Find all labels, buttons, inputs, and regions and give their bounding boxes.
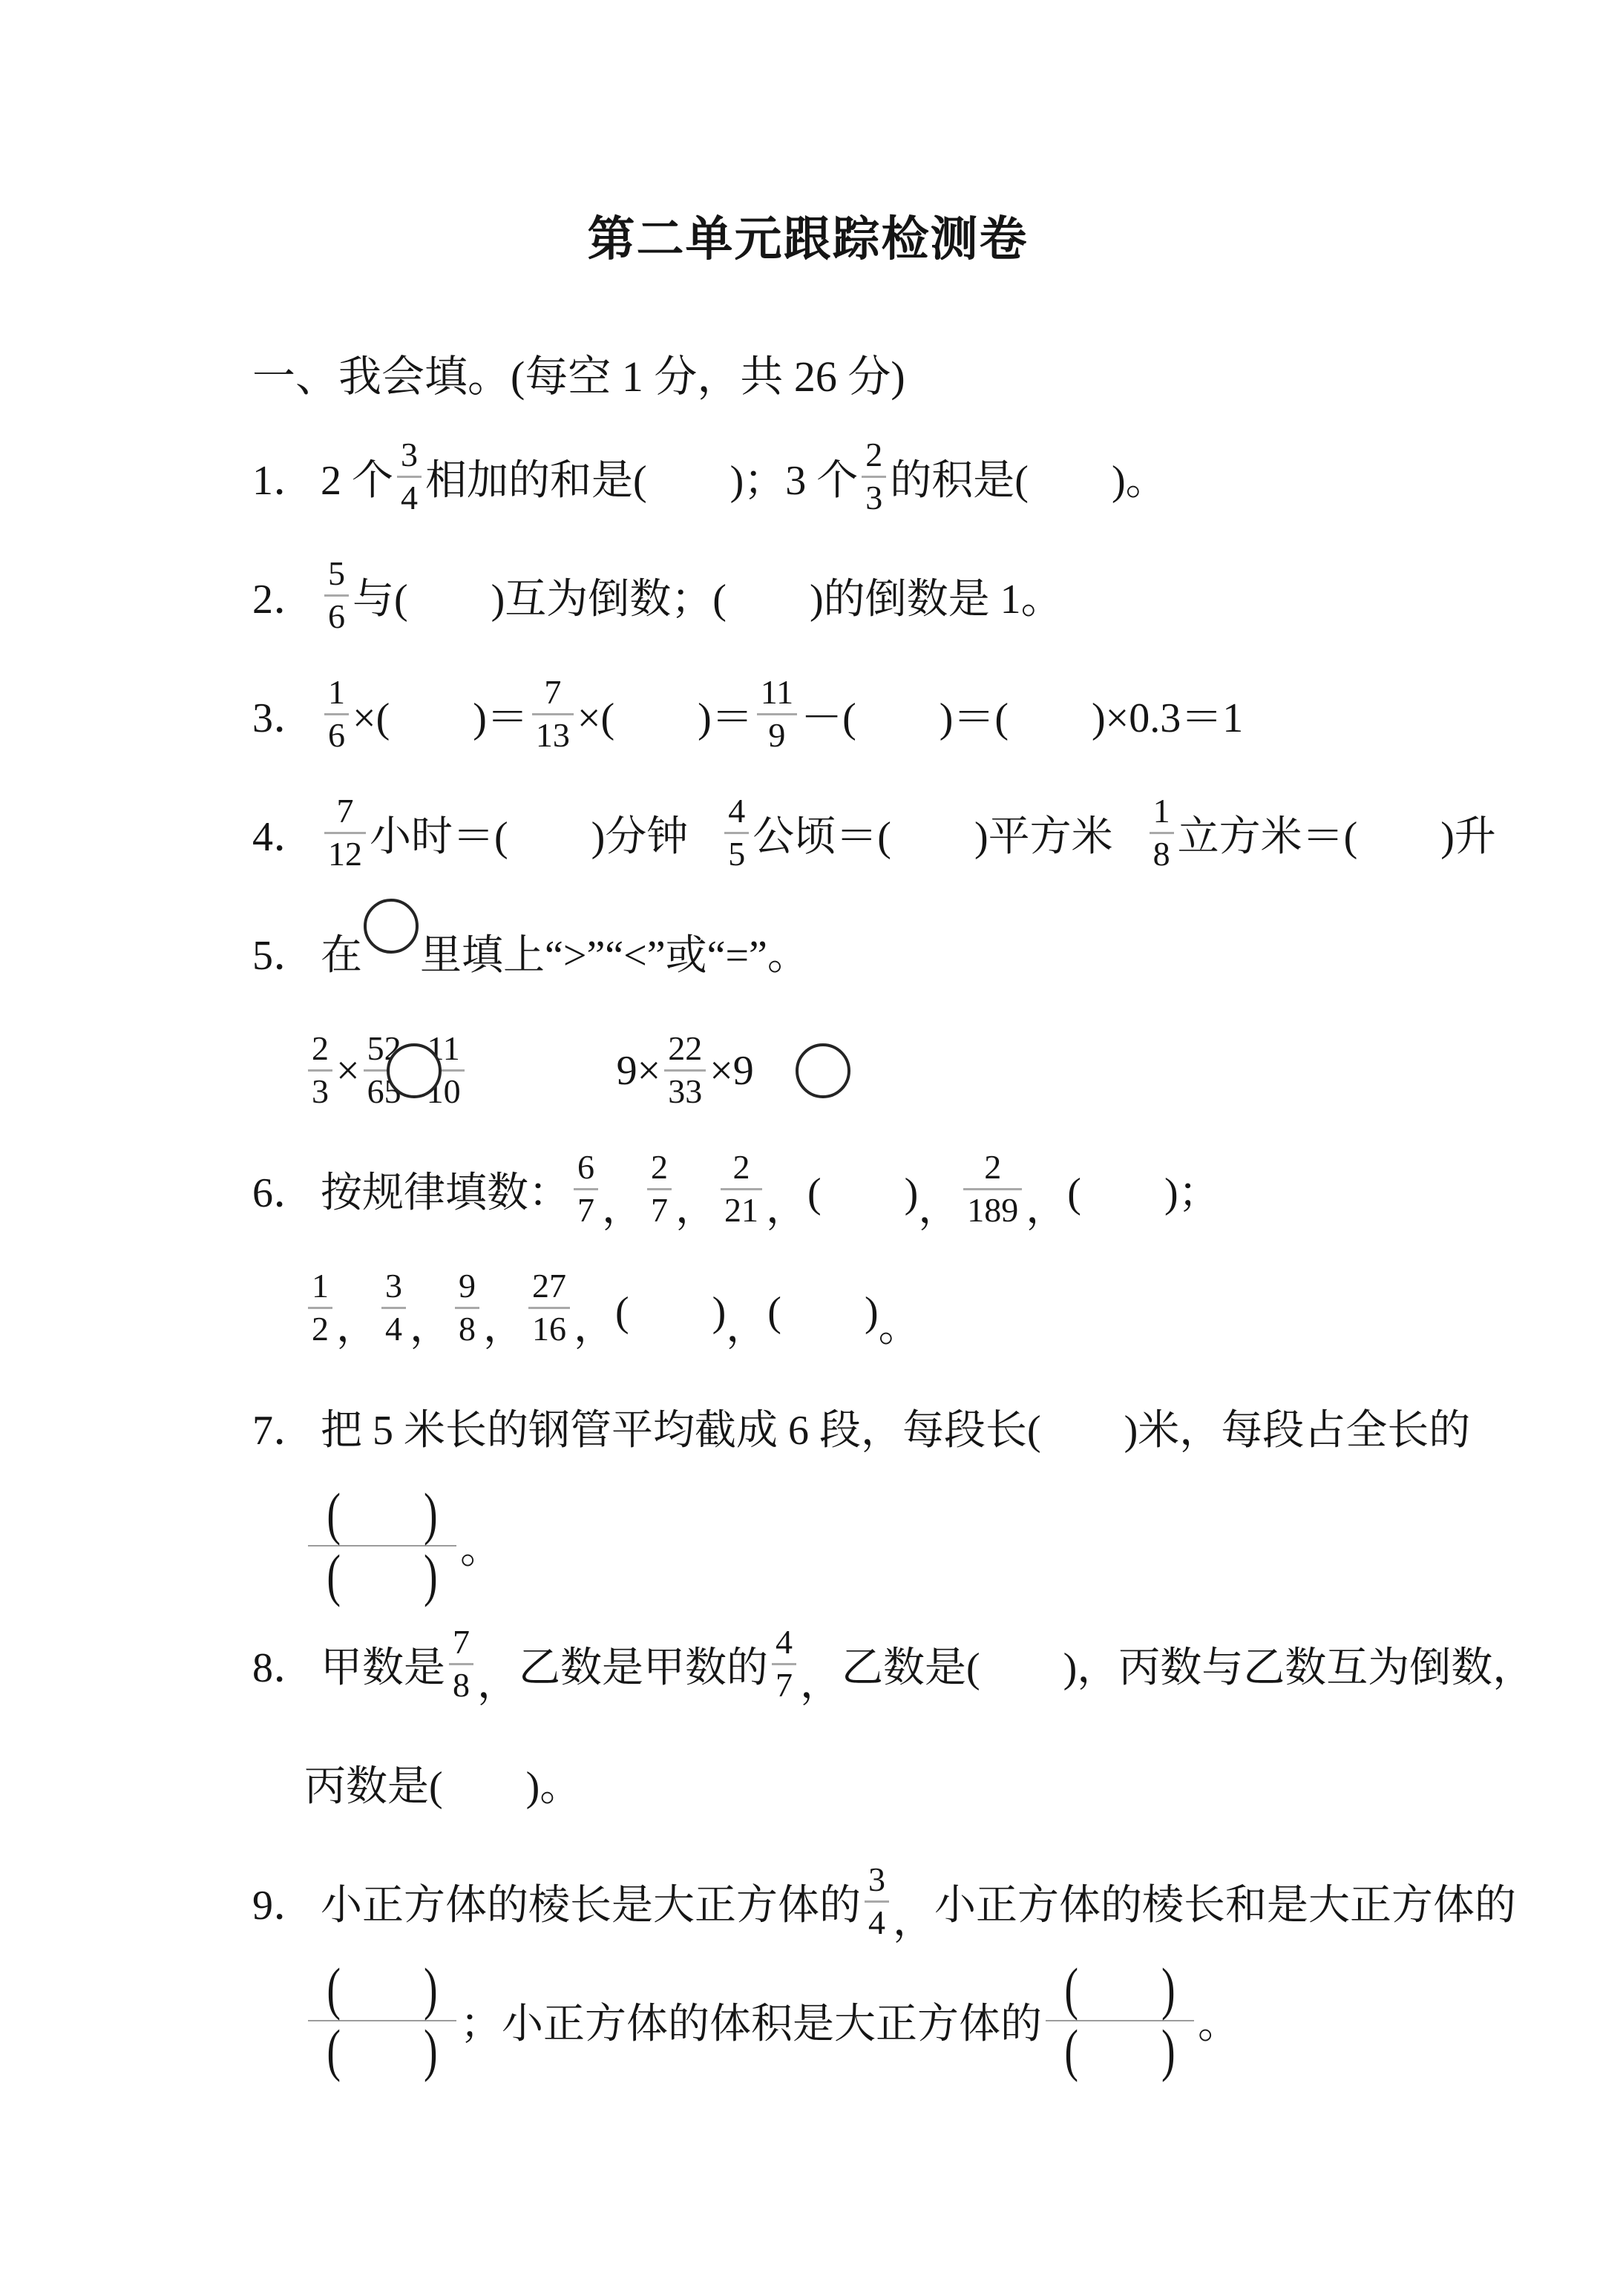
text-run: 把 5 米长的钢管平均截成 6 段，每段长( )米，每段占全长的: [321, 1397, 1470, 1457]
fraction-bar: [865, 1900, 889, 1903]
question-line: 8．甲数是78，乙数是甲数的47，乙数是( )，丙数与乙数互为倒数，: [252, 1605, 1452, 1724]
fraction-bar: [574, 1188, 598, 1190]
fraction-numerator: 2: [308, 1031, 332, 1067]
question-line: 4．712小时＝( )分钟45公顷＝( )平方米18立方米＝( )升: [252, 774, 1452, 893]
fraction: 16: [324, 675, 349, 754]
fraction-numerator: 6: [574, 1149, 598, 1186]
fraction-denominator: 8: [455, 1311, 479, 1348]
fraction: 713: [532, 675, 574, 754]
text-run: ，: [726, 1307, 767, 1368]
fraction: 47: [772, 1624, 796, 1704]
fraction-numerator: 22: [664, 1031, 706, 1067]
fraction-bar: [324, 713, 349, 715]
question-number: 4．: [252, 804, 315, 863]
fraction-numerator: 2: [647, 1149, 672, 1186]
text-run: ×( )＝: [577, 685, 753, 744]
fraction-numerator: 5: [324, 556, 349, 592]
question-number: 8．: [252, 1635, 315, 1694]
blank-fraction-denominator: ( ): [1060, 2018, 1178, 2085]
text-run: ；: [460, 1991, 502, 2050]
text-run: ( ): [767, 1279, 878, 1338]
fraction: 34: [397, 437, 422, 516]
comparison-circle: [796, 1043, 850, 1098]
question-3: 3．16×( )＝713×( )＝119－( )＝( )×0.3＝1: [252, 655, 1452, 774]
fraction-bar: [528, 1307, 570, 1309]
spacer: [468, 1070, 617, 1071]
fraction-numerator: 2: [980, 1149, 1005, 1186]
fraction-denominator: 16: [528, 1311, 570, 1348]
fraction: 2716: [528, 1268, 570, 1348]
text-run: 。: [1198, 1991, 1239, 2050]
fraction-bar: [862, 476, 886, 478]
question-line: 2．56与( )互为倒数；( )的倒数是 1。: [252, 537, 1452, 655]
question-line: 1．2 个34相加的和是( )；3 个23的积是( )。: [252, 418, 1452, 537]
fraction: 221: [721, 1149, 762, 1229]
fraction-denominator: 3: [862, 480, 886, 516]
text-run: ，: [675, 1188, 717, 1249]
text-run: ，: [410, 1307, 451, 1368]
fraction-denominator: 33: [664, 1074, 706, 1110]
question-line: 12，34，98，2716，( )，( )。: [252, 1249, 1452, 1368]
fraction-numerator: 11: [757, 675, 797, 711]
fraction-numerator: 27: [528, 1268, 570, 1305]
blank-fraction: ( )( ): [308, 1966, 456, 2075]
fraction: 23: [862, 437, 886, 516]
question-number: 7．: [252, 1397, 315, 1457]
question-line: 3．16×( )＝713×( )＝119－( )＝( )×0.3＝1: [252, 655, 1452, 774]
text-run: 乙数是甲数的: [519, 1635, 768, 1694]
fraction-denominator: 12: [324, 836, 366, 873]
fraction-denominator: 4: [397, 480, 422, 516]
text-run: 与( )互为倒数；( )的倒数是 1。: [353, 566, 1063, 626]
question-4: 4．712小时＝( )分钟45公顷＝( )平方米18立方米＝( )升: [252, 774, 1452, 893]
text-run: ，: [893, 1900, 934, 1961]
question-1: 1．2 个34相加的和是( )；3 个23的积是( )。: [252, 418, 1452, 537]
fraction-bar: [963, 1188, 1022, 1190]
fraction-denominator: 21: [721, 1193, 762, 1229]
text-run: 甲数是: [321, 1635, 445, 1694]
fraction: 119: [757, 675, 797, 754]
text-run: 小时＝( )分钟: [370, 804, 688, 863]
fraction: 2189: [963, 1149, 1022, 1229]
fraction-numerator: 2: [862, 437, 886, 473]
question-line: 5．在里填上“>”“<”或“=”。: [252, 893, 1452, 1011]
fraction: 34: [381, 1268, 406, 1348]
fraction: 18: [1150, 793, 1174, 873]
fraction-bar: [772, 1663, 796, 1665]
text-run: 2 个: [321, 447, 393, 507]
text-run: 。: [879, 1307, 920, 1368]
question-9: 9．小正方体的棱长是大正方体的34，小正方体的棱长和是大正方体的( )( )；小…: [252, 1843, 1452, 2080]
fraction-denominator: 2: [308, 1311, 332, 1348]
question-line: 6．按规律填数：67，27，221，( )，2189，( )；: [252, 1130, 1452, 1249]
fraction-bar: [324, 594, 349, 597]
blank-fraction-denominator: ( ): [323, 1543, 441, 1610]
text-run: 小正方体的棱长是大正方体的: [321, 1872, 861, 1932]
text-run: ×9: [709, 1047, 754, 1095]
comparison-circle: [387, 1043, 442, 1098]
text-run: ×( )＝: [353, 685, 528, 744]
blank-fraction-denominator: ( ): [323, 2018, 441, 2085]
text-run: ，: [574, 1307, 615, 1368]
section-heading: 一、我会填。(每空 1 分，共 26 分): [252, 350, 1452, 404]
fraction: 56: [324, 556, 349, 635]
fraction: 2233: [664, 1031, 706, 1110]
fraction-bar: [381, 1307, 406, 1309]
fraction-denominator: 9: [764, 718, 789, 754]
fraction: 23: [308, 1031, 332, 1110]
fraction-numerator: 7: [540, 675, 565, 711]
fraction: 34: [865, 1862, 889, 1941]
text-run: 小正方体的棱长和是大正方体的: [934, 1872, 1516, 1932]
question-line: 丙数是( )。: [252, 1724, 1452, 1843]
fraction-denominator: 8: [449, 1667, 473, 1704]
text-run: ，: [336, 1307, 378, 1368]
fraction-bar: [324, 832, 366, 834]
text-run: －( )＝( )×0.3＝1: [801, 685, 1243, 744]
fraction-bar: [647, 1188, 672, 1190]
test-paper-page: 第二单元跟踪检测卷 一、我会填。(每空 1 分，共 26 分) 1．2 个34相…: [0, 0, 1623, 2080]
text-run: 。: [460, 1516, 502, 1575]
fraction: 27: [647, 1149, 672, 1229]
text-run: ( )；: [1067, 1160, 1219, 1219]
fraction-denominator: 7: [574, 1193, 598, 1229]
fraction-bar: [664, 1069, 706, 1072]
question-7: 7．把 5 米长的钢管平均截成 6 段，每段长( )米，每段占全长的( )( )…: [252, 1368, 1452, 1605]
fraction-numerator: 1: [324, 675, 349, 711]
question-8: 8．甲数是78，乙数是甲数的47，乙数是( )，丙数与乙数互为倒数，丙数是( )…: [252, 1605, 1452, 1843]
fraction-numerator: 9: [455, 1268, 479, 1305]
question-line: 23×526511109×2233×9: [252, 1011, 1452, 1130]
fraction-numerator: 4: [772, 1624, 796, 1661]
fraction-numerator: 4: [724, 793, 749, 830]
text-run: 的积是( )。: [890, 447, 1167, 507]
blank-fraction: ( )( ): [1046, 1966, 1194, 2075]
fraction-bar: [455, 1307, 479, 1309]
fraction-bar: [397, 476, 422, 478]
text-run: ，: [483, 1307, 525, 1368]
blank-fraction-numerator: ( ): [323, 1956, 441, 2023]
text-run: ( ): [615, 1279, 726, 1338]
text-run: 里填上“>”“<”或“=”。: [420, 922, 809, 982]
fraction-numerator: 3: [381, 1268, 406, 1305]
text-run: ，: [800, 1663, 842, 1724]
fraction-bar: [757, 713, 797, 715]
question-number: 5．: [252, 922, 315, 982]
fraction-denominator: 7: [647, 1193, 672, 1229]
text-run: ×: [336, 1047, 360, 1095]
question-6: 6．按规律填数：67，27，221，( )，2189，( )；12，34，98，…: [252, 1130, 1452, 1368]
fraction-bar: [724, 832, 749, 834]
fraction: 67: [574, 1149, 598, 1229]
text-run: ，: [918, 1188, 960, 1249]
fraction-numerator: 3: [397, 437, 422, 473]
fraction-denominator: 13: [532, 718, 574, 754]
text-run: 相加的和是( )；3 个: [425, 447, 858, 507]
text-run: 在: [321, 922, 362, 982]
fraction-numerator: 1: [308, 1268, 332, 1305]
text-run: 小正方体的体积是大正方体的: [502, 1991, 1042, 2050]
fraction: 45: [724, 793, 749, 873]
text-run: 按规律填数：: [321, 1160, 570, 1219]
spacer: [1113, 833, 1146, 833]
question-line: 7．把 5 米长的钢管平均截成 6 段，每段长( )米，每段占全长的: [252, 1368, 1452, 1486]
fraction: 78: [449, 1624, 473, 1704]
fraction-denominator: 5: [724, 836, 749, 873]
question-line: ( )( )。: [252, 1486, 1452, 1605]
fraction-numerator: 3: [865, 1862, 889, 1898]
fraction-numerator: 7: [449, 1624, 473, 1661]
text-run: 公顷＝( )平方米: [753, 804, 1112, 863]
fraction-bar: [308, 1069, 332, 1072]
question-number: 2．: [252, 566, 315, 626]
fraction-bar: [721, 1188, 762, 1190]
fraction-denominator: 4: [865, 1905, 889, 1941]
fraction-denominator: 7: [772, 1667, 796, 1704]
fraction-denominator: 4: [381, 1311, 406, 1348]
page-title: 第二单元跟踪检测卷: [252, 215, 1363, 263]
fraction-denominator: 8: [1150, 836, 1174, 873]
question-line: 9．小正方体的棱长是大正方体的34，小正方体的棱长和是大正方体的: [252, 1843, 1452, 1961]
blank-fraction: ( )( ): [308, 1491, 456, 1600]
question-number: 6．: [252, 1160, 315, 1219]
fraction-bar: [308, 1307, 332, 1309]
text-run: 丙数是( )。: [304, 1754, 581, 1813]
text-run: ( ): [807, 1160, 918, 1219]
text-run: 乙数是( )，丙数与乙数互为倒数，: [842, 1635, 1534, 1694]
fraction-numerator: 2: [729, 1149, 754, 1186]
fraction-denominator: 189: [963, 1193, 1022, 1229]
question-line: ( )( )；小正方体的体积是大正方体的( )( )。: [252, 1961, 1452, 2080]
fraction-denominator: 6: [324, 599, 349, 635]
text-run: 立方米＝( )升: [1178, 804, 1496, 863]
spacer: [754, 1070, 776, 1071]
blank-fraction-numerator: ( ): [323, 1481, 441, 1548]
text-run: ，: [477, 1663, 519, 1724]
fraction-numerator: 7: [333, 793, 358, 830]
text-run: ，: [1026, 1188, 1067, 1249]
blank-fraction-numerator: ( ): [1060, 1956, 1178, 2023]
fraction: 98: [455, 1268, 479, 1348]
fraction: 712: [324, 793, 366, 873]
fraction-numerator: 1: [1150, 793, 1174, 830]
question-number: 9．: [252, 1872, 315, 1932]
fraction-denominator: 6: [324, 718, 349, 754]
text-run: ，: [602, 1188, 643, 1249]
questions: 1．2 个34相加的和是( )；3 个23的积是( )。2．56与( )互为倒数…: [252, 418, 1452, 2080]
question-2: 2．56与( )互为倒数；( )的倒数是 1。: [252, 537, 1452, 655]
fraction-denominator: 3: [308, 1074, 332, 1110]
fraction-bar: [1150, 832, 1174, 834]
text-run: ，: [766, 1188, 807, 1249]
fraction-bar: [449, 1663, 473, 1665]
fraction-bar: [532, 713, 574, 715]
question-number: 3．: [252, 685, 315, 744]
comparison-circle: [364, 899, 419, 954]
spacer: [688, 833, 721, 833]
fraction: 12: [308, 1268, 332, 1348]
text-run: 9×: [617, 1047, 661, 1095]
question-5: 5．在里填上“>”“<”或“=”。23×526511109×2233×9: [252, 893, 1452, 1130]
question-number: 1．: [252, 447, 315, 507]
